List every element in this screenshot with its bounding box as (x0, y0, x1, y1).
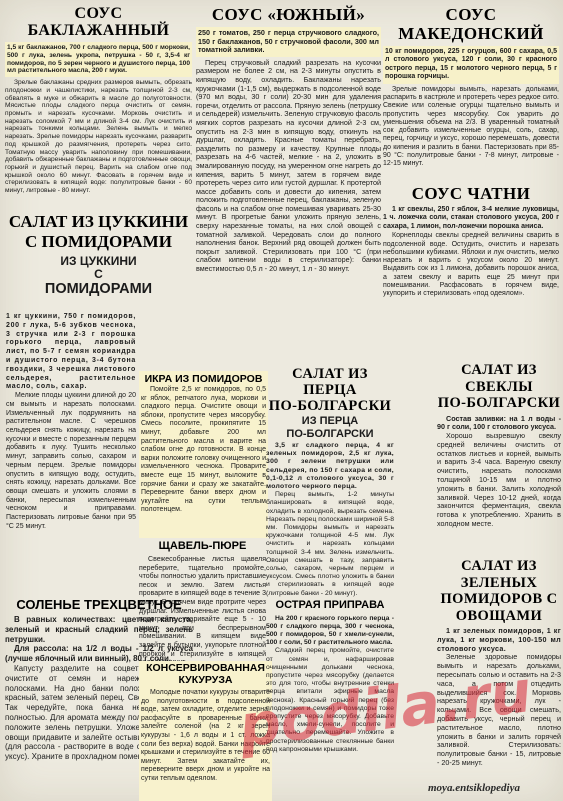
recipe-makedonsky-sauce: СОУС МАКЕДОНСКИЙ 10 кг помидоров, 225 г … (383, 5, 559, 184)
recipe-body-chatni: Корнеплоды свеклы средней величины свари… (383, 232, 559, 298)
pepper-title-line1: САЛАТ ИЗ ПЕРЦА (266, 366, 394, 398)
recipe-body-pepper: Перец вымыть, 1-2 минуты бланшировать в … (266, 491, 394, 597)
recipe-title-pepper: САЛАТ ИЗ ПЕРЦАПО-БОЛГАРСКИ (266, 366, 394, 414)
green-title-line1: САЛАТ ИЗ ЗЕЛЕНЫХ (437, 558, 561, 591)
recipe-body-beet: Хорошо вызревшую свеклу средней величины… (437, 432, 561, 529)
recipe-body-yuzhny: Перец стручковый сладкий разрезать на ку… (196, 59, 381, 274)
pepper-title-line2: ПО-БОЛГАРСКИ (266, 398, 394, 414)
recipe-ingredients-eggplant: 1,5 кг баклажанов, 700 г сладкого перца,… (5, 42, 192, 77)
pepper-subtitle-line1: ИЗ ПЕРЦА (266, 415, 394, 428)
recipe-title-sorrel: ЩАВЕЛЬ-ПЮРЕ (139, 540, 266, 553)
recipe-ingredients-green-tomato: 1 кг зеленых помидоров, 1 кг лука, 1 кг … (437, 627, 561, 653)
beet-title-line1: САЛАТ ИЗ СВЕКЛЫ (437, 362, 561, 395)
zucchini-subtitle-line2: С (5, 268, 192, 281)
recipe-canned-corn: КОНСЕРВИРОВАННАЯКУКУРУЗА Молодые початки… (139, 661, 272, 801)
beet-title-line2: ПО-БОЛГАРСКИ (437, 395, 561, 412)
green-title-line3: ОВОЩАМИ (437, 608, 561, 625)
recipe-ingredients-priprava: На 200 г красного горького перца - 500 г… (266, 615, 394, 648)
recipe-beet-salad-bulgarian: САЛАТ ИЗ СВЕКЛЫПО-БОЛГАРСКИ Состав залив… (437, 362, 561, 556)
recipe-title-yuzhny: СОУС «ЮЖНЫЙ» (196, 5, 381, 24)
recipe-title-eggplant: СОУС БАКЛАЖАННЫЙ (5, 5, 192, 39)
recipe-ingredients-chatni: 1 кг свеклы, 250 г яблок, 3-4 мелкие лук… (383, 206, 559, 231)
recipe-title-makedonsky: СОУС МАКЕДОНСКИЙ (383, 5, 559, 43)
recipe-body-corn: Молодые початки кукурузы отварите до пол… (141, 689, 270, 784)
scanned-recipe-page: СОУС БАКЛАЖАННЫЙ 1,5 кг баклажанов, 700 … (0, 0, 563, 801)
recipe-chutney-sauce: СОУС ЧАТНИ 1 кг свеклы, 250 г яблок, 3-4… (383, 184, 559, 360)
recipe-body-eggplant: Зрелые баклажаны средних размеров вымыть… (5, 79, 192, 195)
recipe-hot-seasoning: ОСТРАЯ ПРИПРАВА На 200 г красного горько… (266, 599, 394, 797)
source-credit: moya.entsiklopediya (428, 782, 520, 794)
recipe-title-corn: КОНСЕРВИРОВАННАЯКУКУРУЗА (141, 663, 270, 686)
recipe-body-zucchini: Мелкие плоды цуккини длиной до 20 см вым… (6, 392, 136, 531)
recipe-yuzhny-sauce: СОУС «ЮЖНЫЙ» 250 г томатов, 250 г перца … (196, 5, 381, 368)
zucchini-subtitle-line1: ИЗ ЦУККИНИ (5, 254, 192, 268)
recipe-ingredients-zucchini: 1 кг цуккини, 750 г помидоров, 200 г лук… (6, 313, 136, 392)
recipe-title-beet: САЛАТ ИЗ СВЕКЛЫПО-БОЛГАРСКИ (437, 362, 561, 412)
recipe-ingredients-makedonsky: 10 кг помидоров, 225 г огурцов, 600 г са… (383, 46, 559, 84)
recipe-body-green-tomato: Зеленые здоровые помидоры вымыть и нарез… (437, 653, 561, 767)
recipe-brine-beet: Состав заливки: на 1 л воды - 90 г соли,… (437, 415, 561, 433)
recipe-body-sorrel: Свежесобранные листья щавеля переберите,… (139, 556, 266, 661)
recipe-tomato-caviar: ИКРА ИЗ ПОМИДОРОВ Помойте 2,5 кг помидор… (139, 371, 268, 538)
recipe-heading-zucchini-salad: САЛАТ ИЗ ЦУККИНИ С ПОМИДОРАМИ ИЗ ЦУККИНИ… (5, 212, 192, 312)
zucchini-title-line2: С ПОМИДОРАМИ (5, 232, 192, 252)
recipe-zucchini-salad: 1 кг цуккини, 750 г помидоров, 200 г лук… (6, 313, 136, 595)
recipe-title-ikra: ИКРА ИЗ ПОМИДОРОВ (141, 373, 266, 385)
zucchini-title-line1: САЛАТ ИЗ ЦУККИНИ (5, 212, 192, 232)
recipe-body-makedonsky: Зрелые помидоры вымыть, нарезать долькам… (383, 86, 559, 169)
pepper-subtitle-line2: ПО-БОЛГАРСКИ (266, 428, 394, 441)
recipe-eggplant-sauce: СОУС БАКЛАЖАННЫЙ 1,5 кг баклажанов, 700 … (5, 5, 192, 211)
recipe-body-priprava: Сладкий перец промойте, очистите от семя… (266, 647, 394, 754)
recipe-ingredients-yuzhny: 250 г томатов, 250 г перца стручкового с… (196, 27, 381, 57)
recipe-pepper-salad-bulgarian: САЛАТ ИЗ ПЕРЦАПО-БОЛГАРСКИ ИЗ ПЕРЦАПО-БО… (266, 366, 394, 597)
corn-title-line1: КОНСЕРВИРОВАННАЯ (141, 663, 270, 675)
recipe-ingredients-pepper: 3,5 кг сладкого перца, 4 кг зеленых поми… (266, 442, 394, 491)
recipe-title-chatni: СОУС ЧАТНИ (383, 184, 559, 203)
zucchini-subtitle-line3: ПОМИДОРАМИ (5, 281, 192, 297)
recipe-title-priprava: ОСТРАЯ ПРИПРАВА (266, 599, 394, 612)
green-title-line2: ПОМИДОРОВ С (437, 591, 561, 608)
recipe-sorrel-puree: ЩАВЕЛЬ-ПЮРЕ Свежесобранные листья щавеля… (139, 540, 266, 661)
recipe-green-tomato-salad: САЛАТ ИЗ ЗЕЛЕНЫХПОМИДОРОВ СОВОЩАМИ 1 кг … (437, 558, 561, 799)
recipe-title-green-tomato: САЛАТ ИЗ ЗЕЛЕНЫХПОМИДОРОВ СОВОЩАМИ (437, 558, 561, 624)
corn-title-line2: КУКУРУЗА (141, 675, 270, 687)
recipe-body-ikra: Помойте 2,5 кг помидоров, по 0,5 кг ябло… (141, 386, 266, 515)
recipe-subtitle-pepper: ИЗ ПЕРЦАПО-БОЛГАРСКИ (266, 415, 394, 440)
